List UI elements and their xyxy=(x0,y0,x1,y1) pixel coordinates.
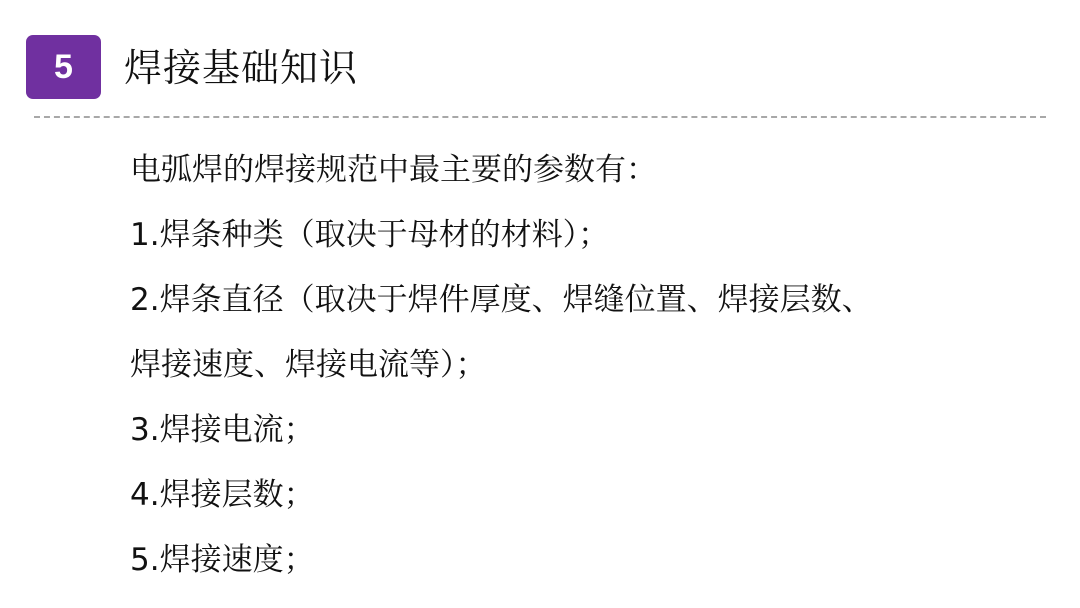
list-item-continuation: 焊接速度、焊接电流等）； xyxy=(130,333,1030,398)
section-number-badge: 5 xyxy=(26,35,101,99)
list-item: 5.焊接速度； xyxy=(130,528,1030,593)
section-number: 5 xyxy=(54,48,73,87)
slide-title: 焊接基础知识 xyxy=(124,44,358,92)
list-item: 2.焊条直径（取决于焊件厚度、焊缝位置、焊接层数、 xyxy=(130,268,1030,333)
list-item: 4.焊接层数； xyxy=(130,463,1030,528)
intro-line: 电弧焊的焊接规范中最主要的参数有： xyxy=(130,138,1030,203)
dashed-divider xyxy=(34,116,1046,118)
slide-content: 电弧焊的焊接规范中最主要的参数有： 1.焊条种类（取决于母材的材料）； 2.焊条… xyxy=(130,138,1030,593)
list-item: 3.焊接电流； xyxy=(130,398,1030,463)
list-item: 1.焊条种类（取决于母材的材料）； xyxy=(130,203,1030,268)
